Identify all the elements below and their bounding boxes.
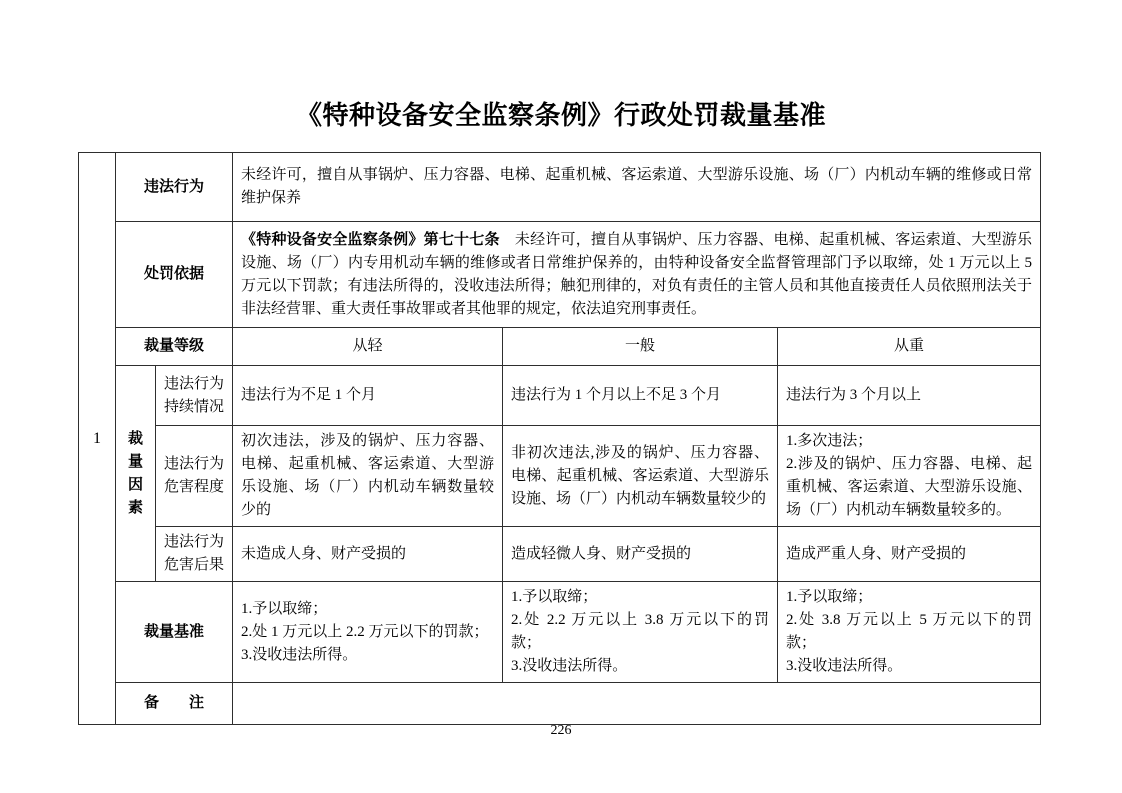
- discretion-level-label: 裁量等级: [116, 328, 233, 366]
- factor-consequence-light: 未造成人身、财产受损的: [233, 527, 503, 582]
- factor-severity-heavy: 1.多次违法； 2.涉及的锅炉、压力容器、电梯、起重机械、客运索道、大型游乐设施…: [778, 426, 1041, 527]
- row-factor-severity: 违法行为危害程度 初次违法，涉及的锅炉、压力容器、电梯、起重机械、客运索道、大型…: [79, 426, 1041, 527]
- row-discretion-level: 裁量等级 从轻 一般 从重: [79, 328, 1041, 366]
- factor-severity-label: 违法行为危害程度: [156, 426, 233, 527]
- benchmark-general: 1.予以取缔； 2.处 2.2 万元以上 3.8 万元以下的罚款； 3.没收违法…: [503, 582, 778, 683]
- factor-consequence-heavy: 造成严重人身、财产受损的: [778, 527, 1041, 582]
- factors-label-vertical: 裁 量 因 素: [116, 366, 156, 582]
- level-general: 一般: [503, 328, 778, 366]
- row-benchmark: 裁量基准 1.予以取缔； 2.处 1 万元以上 2.2 万元以下的罚款； 3.没…: [79, 582, 1041, 683]
- factor-consequence-general: 造成轻微人身、财产受损的: [503, 527, 778, 582]
- penalty-basis-label: 处罚依据: [116, 222, 233, 328]
- remarks-content: [233, 683, 1041, 725]
- factor-duration-heavy: 违法行为 3 个月以上: [778, 366, 1041, 426]
- page-number: 226: [0, 723, 1122, 739]
- remarks-label: 备 注: [116, 683, 233, 725]
- document-page: 《特种设备安全监察条例》行政处罚裁量基准 1 违法行为 未经许可，擅自从事锅炉、…: [0, 0, 1122, 793]
- factor-duration-general: 违法行为 1 个月以上不足 3 个月: [503, 366, 778, 426]
- page-title: 《特种设备安全监察条例》行政处罚裁量基准: [0, 95, 1122, 132]
- row-factor-consequence: 违法行为危害后果 未造成人身、财产受损的 造成轻微人身、财产受损的 造成严重人身…: [79, 527, 1041, 582]
- benchmark-light: 1.予以取缔； 2.处 1 万元以上 2.2 万元以下的罚款； 3.没收违法所得…: [233, 582, 503, 683]
- factor-duration-label: 违法行为持续情况: [156, 366, 233, 426]
- factor-severity-general: 非初次违法,涉及的锅炉、压力容器、电梯、起重机械、客运索道、大型游乐设施、场（厂…: [503, 426, 778, 527]
- benchmark-label: 裁量基准: [116, 582, 233, 683]
- penalty-basis-ref: 《特种设备安全监察条例》第七十七条: [241, 232, 500, 248]
- row-penalty-basis: 处罚依据 《特种设备安全监察条例》第七十七条 未经许可，擅自从事锅炉、压力容器、…: [79, 222, 1041, 328]
- penalty-discretion-table: 1 违法行为 未经许可，擅自从事锅炉、压力容器、电梯、起重机械、客运索道、大型游…: [78, 152, 1041, 725]
- row-remarks: 备 注: [79, 683, 1041, 725]
- factor-duration-light: 违法行为不足 1 个月: [233, 366, 503, 426]
- item-number-cell: 1: [79, 153, 116, 725]
- row-factor-duration: 裁 量 因 素 违法行为持续情况 违法行为不足 1 个月 违法行为 1 个月以上…: [79, 366, 1041, 426]
- illegal-act-label: 违法行为: [116, 153, 233, 222]
- level-light: 从轻: [233, 328, 503, 366]
- benchmark-heavy: 1.予以取缔； 2.处 3.8 万元以上 5 万元以下的罚款； 3.没收违法所得…: [778, 582, 1041, 683]
- level-heavy: 从重: [778, 328, 1041, 366]
- penalty-basis-content: 《特种设备安全监察条例》第七十七条 未经许可，擅自从事锅炉、压力容器、电梯、起重…: [233, 222, 1041, 328]
- illegal-act-content: 未经许可，擅自从事锅炉、压力容器、电梯、起重机械、客运索道、大型游乐设施、场（厂…: [233, 153, 1041, 222]
- factor-consequence-label: 违法行为危害后果: [156, 527, 233, 582]
- row-illegal-act: 1 违法行为 未经许可，擅自从事锅炉、压力容器、电梯、起重机械、客运索道、大型游…: [79, 153, 1041, 222]
- factor-severity-light: 初次违法，涉及的锅炉、压力容器、电梯、起重机械、客运索道、大型游乐设施、场（厂）…: [233, 426, 503, 527]
